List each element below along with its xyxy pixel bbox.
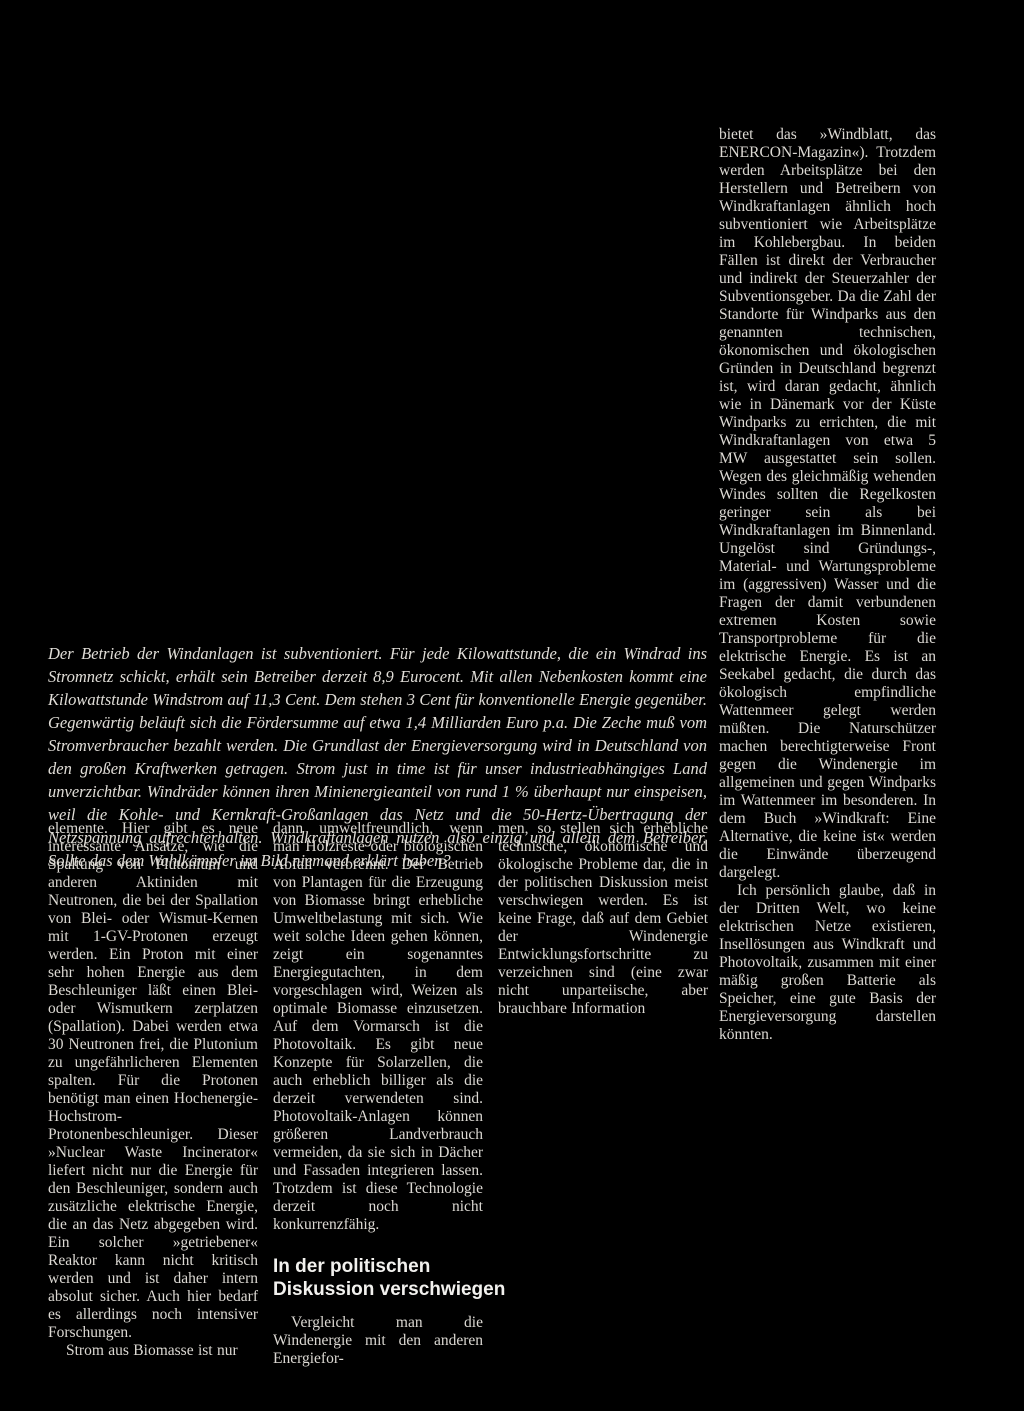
right-column: bietet das »Windblatt, das ENERCON-Magaz…	[719, 126, 936, 1044]
right-column-paragraph-2: Ich persönlich glaube, daß in der Dritte…	[719, 882, 936, 1044]
right-column-paragraph-1: bietet das »Windblatt, das ENERCON-Magaz…	[719, 126, 936, 882]
column-1-paragraph-1: elemente. Hier gibt es neue interessante…	[48, 820, 258, 1342]
column-3-paragraph-1: men, so stellen sich erhebliche technisc…	[498, 820, 708, 1018]
section-heading-line-2: Diskussion verschwiegen	[273, 1278, 483, 1301]
column-2-paragraph-2: Vergleicht man die Windenergie mit den a…	[273, 1314, 483, 1368]
column-2-paragraph-1: dann umweltfreundlich, wenn man Holzrest…	[273, 820, 483, 1234]
column-2: dann umweltfreundlich, wenn man Holzrest…	[273, 820, 483, 1368]
column-1: elemente. Hier gibt es neue interessante…	[48, 820, 258, 1368]
bottom-three-columns: elemente. Hier gibt es neue interessante…	[48, 820, 708, 1368]
section-heading: In der politischen Diskussion verschwieg…	[273, 1255, 483, 1301]
magazine-page: bietet das »Windblatt, das ENERCON-Magaz…	[0, 0, 1024, 1411]
column-3: men, so stellen sich erhebliche technisc…	[498, 820, 708, 1368]
section-heading-line-1: In der politischen	[273, 1255, 483, 1278]
column-1-paragraph-2: Strom aus Biomasse ist nur	[48, 1342, 258, 1360]
